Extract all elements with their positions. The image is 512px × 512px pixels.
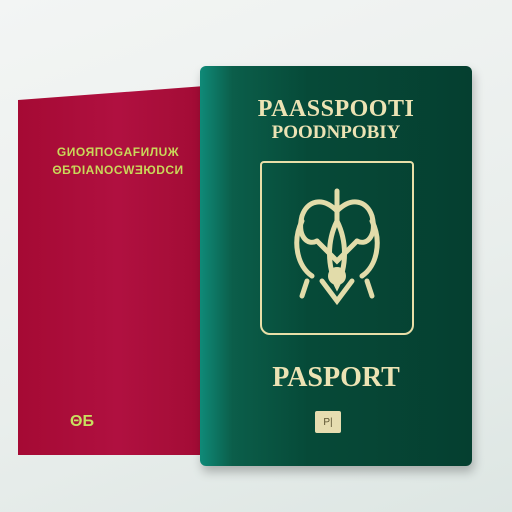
green-passport-bottom-label: PASPORT (200, 362, 472, 394)
red-passport-title-line1: GИOЯПOGAFИЛUЖ (18, 145, 218, 159)
emblem-shield-frame (260, 161, 414, 335)
red-passport-title-line2: ΘƂƊIANOCWƎЮDCИ (18, 163, 218, 177)
green-passport-title-line2: POODNPOBIY (200, 122, 472, 144)
biometric-chip-icon: P| (315, 411, 341, 433)
red-passport-code: ΘБ (70, 413, 94, 431)
red-passport: GИOЯПOGAFИЛUЖ ΘƂƊIANOCWƎЮDCИ ΘБ (18, 85, 218, 455)
green-passport-title-line1: PAASSPOOTI (200, 96, 472, 123)
double-headed-eagle-icon (282, 181, 392, 311)
green-passport: PAASSPOOTI POODNPOBIY PASPORT P| (200, 66, 472, 466)
